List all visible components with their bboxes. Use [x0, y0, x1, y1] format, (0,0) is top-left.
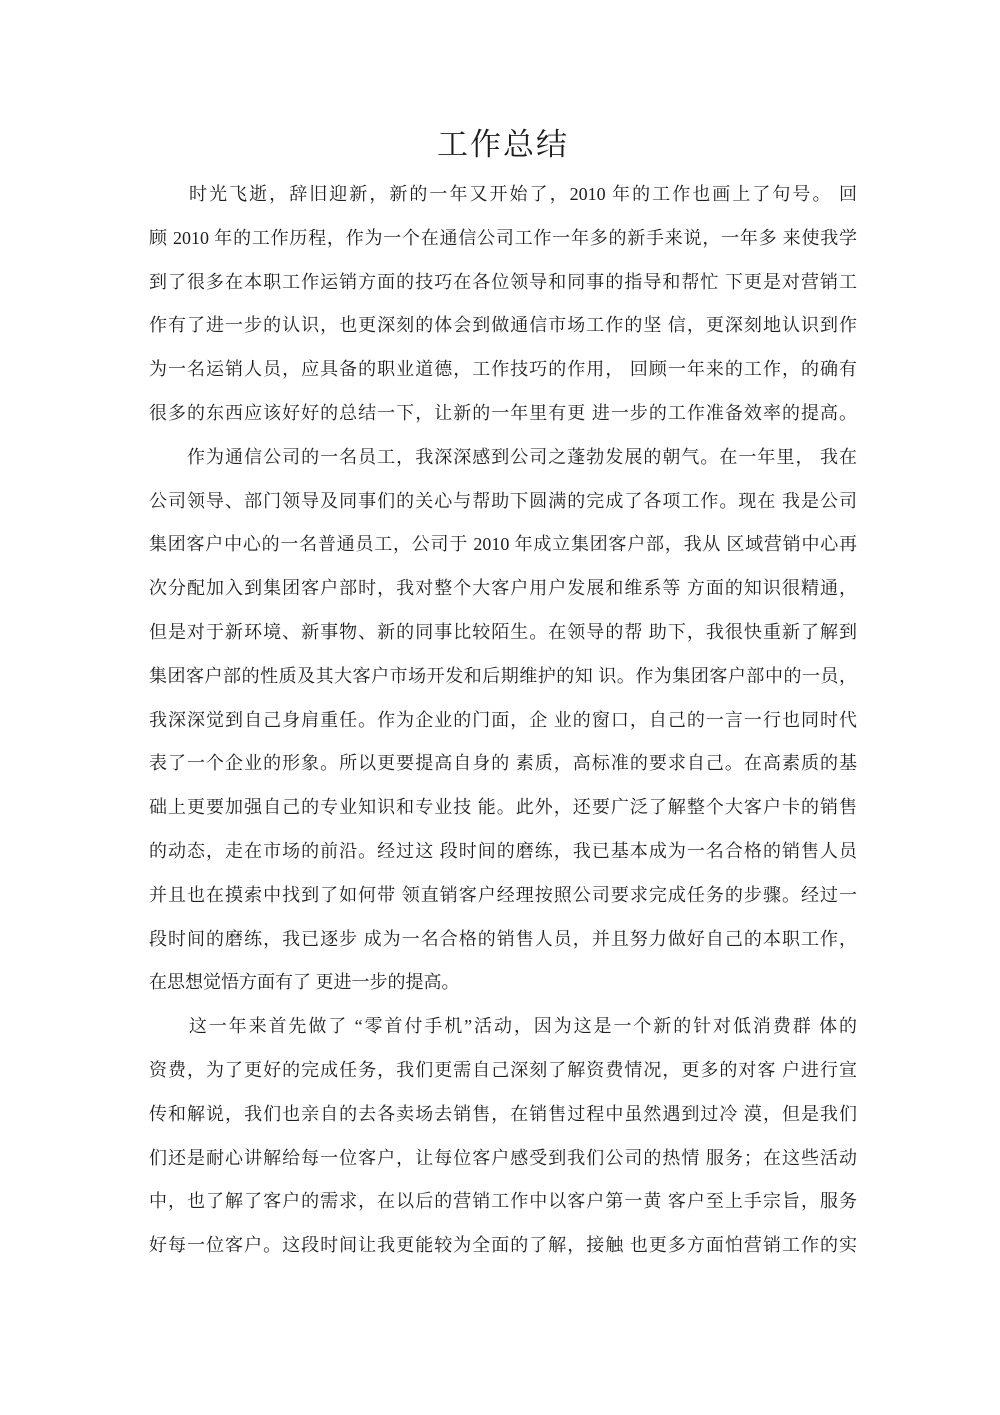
text-line: 传和解说，我们也亲自的去各卖场去销售，在销售过程中虽然遇到过冷 漠，但是我们: [149, 1093, 857, 1137]
text-line: 到了很多在本职工作运销方面的技巧在各位领导和同事的指导和帮忙 下更是对营销工: [149, 261, 857, 305]
text-line: 表了一个企业的形象。所以更要提高自身的 素质，高标准的要求自己。在高素质的基: [149, 742, 857, 786]
text-line: 这一年来首先做了 “零首付手机”活动，因为这是一个新的针对低消费群 体的: [149, 1005, 857, 1049]
text-line: 时光飞逝，辞旧迎新，新的一年又开始了，2010 年的工作也画上了句号。 回: [149, 173, 857, 217]
text-line: 集团客户中心的一名普通员工，公司于 2010 年成立集团客户部，我从 区域营销中…: [149, 523, 857, 567]
paragraph: 这一年来首先做了 “零首付手机”活动，因为这是一个新的针对低消费群 体的资费，为…: [149, 1005, 857, 1268]
text-line: 好每一位客户。这段时间让我更能较为全面的了解，接触 也更多方面怕营销工作的实: [149, 1224, 857, 1268]
document-body: 时光飞逝，辞旧迎新，新的一年又开始了，2010 年的工作也画上了句号。 回顾 2…: [149, 173, 857, 1268]
text-line: 集团客户部的性质及其大客户市场开发和后期维护的知 识。作为集团客户部中的一员，: [149, 655, 857, 699]
text-line: 公司领导、部门领导及同事们的关心与帮助下圆满的完成了各项工作。现在 我是公司: [149, 480, 857, 524]
paragraph: 作为通信公司的一名员工，我深深感到公司之蓬勃发展的朝气。在一年里， 我在公司领导…: [149, 436, 857, 1005]
text-line: 我深深觉到自己身肩重任。作为企业的门面，企 业的窗口，自己的一言一行也同时代: [149, 699, 857, 743]
document: 工作总结 时光飞逝，辞旧迎新，新的一年又开始了，2010 年的工作也画上了句号。…: [149, 0, 857, 1268]
text-line: 在思想觉悟方面有了 更进一步的提高。: [149, 961, 857, 1005]
text-line: 段时间的磨练，我已逐步 成为一名合格的销售人员，并且努力做好自己的本职工作，: [149, 918, 857, 962]
text-line: 作为通信公司的一名员工，我深深感到公司之蓬勃发展的朝气。在一年里， 我在: [149, 436, 857, 480]
text-line: 的动态，走在市场的前沿。经过这 段时间的磨练，我已基本成为一名合格的销售人员: [149, 830, 857, 874]
text-line: 础上更要加强自己的专业知识和专业技 能。此外，还要广泛了解整个大客户卡的销售: [149, 786, 857, 830]
text-line: 顾 2010 年的工作历程，作为一个在通信公司工作一年多的新手来说，一年多 来使…: [149, 217, 857, 261]
text-line: 中，也了解了客户的需求，在以后的营销工作中以客户第一黄 客户至上手宗旨，服务: [149, 1180, 857, 1224]
text-line: 资费，为了更好的完成任务，我们更需自己深刻了解资费情况，更多的对客 户进行宣: [149, 1049, 857, 1093]
text-line: 但是对于新环境、新事物、新的同事比较陌生。在领导的帮 助下，我很快重新了解到: [149, 611, 857, 655]
text-line: 作有了进一步的认识，也更深刻的体会到做通信市场工作的坚 信，更深刻地认识到作: [149, 304, 857, 348]
text-line: 并且也在摸索中找到了如何带 领直销客户经理按照公司要求完成任务的步骤。经过一: [149, 874, 857, 918]
text-line: 次分配加入到集团客户部时，我对整个大客户用户发展和维系等 方面的知识很精通，: [149, 567, 857, 611]
document-title: 工作总结: [149, 125, 857, 165]
text-line: 为一名运销人员，应具备的职业道德，工作技巧的作用， 回顾一年来的工作，的确有: [149, 348, 857, 392]
text-line: 很多的东西应该好好的总结一下，让新的一年里有更 进一步的工作准备效率的提高。: [149, 392, 857, 436]
text-line: 们还是耐心讲解给每一位客户，让每位客户感受到我们公司的热情 服务；在这些活动: [149, 1137, 857, 1181]
document-page: 工作总结 时光飞逝，辞旧迎新，新的一年又开始了，2010 年的工作也画上了句号。…: [0, 0, 1000, 1415]
paragraph: 时光飞逝，辞旧迎新，新的一年又开始了，2010 年的工作也画上了句号。 回顾 2…: [149, 173, 857, 436]
